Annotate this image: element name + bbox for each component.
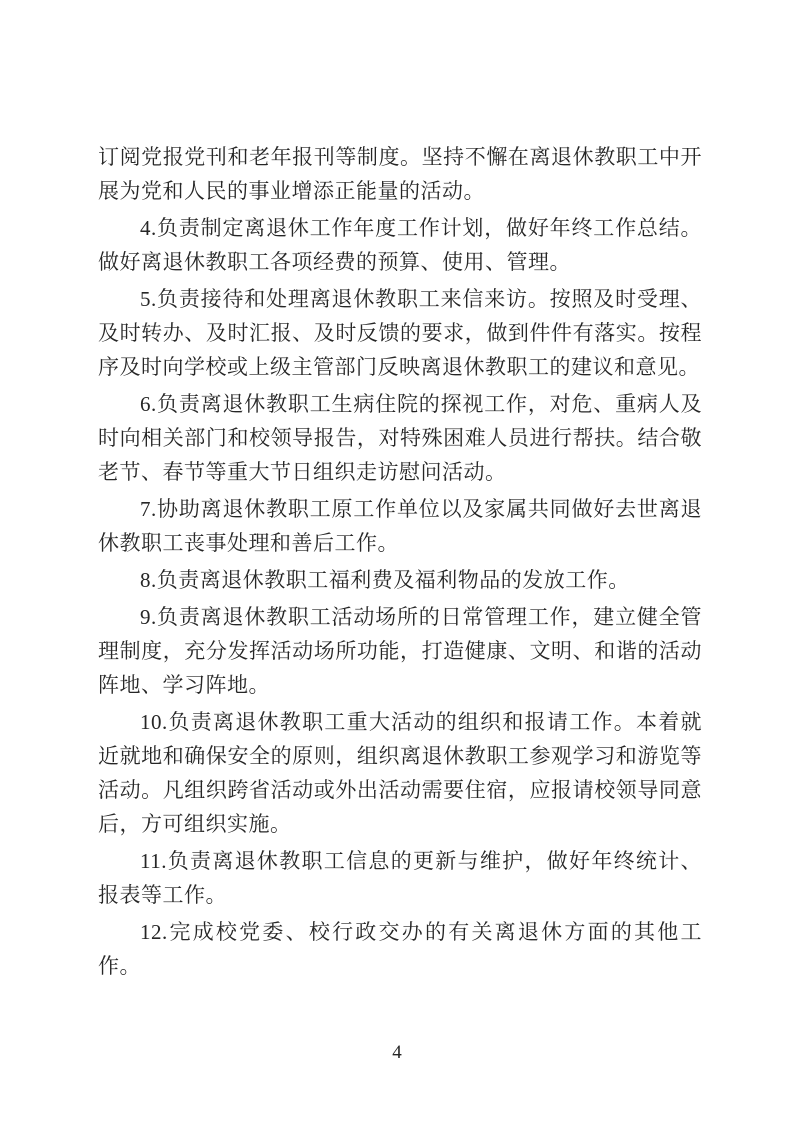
- document-page: 订阅党报党刊和老年报刊等制度。坚持不懈在离退休教职工中开展为党和人民的事业增添正…: [0, 0, 794, 1122]
- paragraph-item-4: 4.负责制定离退休工作年度工作计划，做好年终工作总结。做好离退休教职工各项经费的…: [98, 211, 702, 279]
- paragraph-item-7: 7.协助离退休教职工原工作单位以及家属共同做好去世离退休教职工丧事处理和善后工作…: [98, 492, 702, 560]
- paragraph-item-11: 11.负责离退休教职工信息的更新与维护，做好年终统计、报表等工作。: [98, 844, 702, 912]
- document-body: 订阅党报党刊和老年报刊等制度。坚持不懈在离退休教职工中开展为党和人民的事业增添正…: [98, 140, 702, 986]
- paragraph-item-5: 5.负责接待和处理离退休教职工来信来访。按照及时受理、及时转办、及时汇报、及时反…: [98, 282, 702, 384]
- paragraph-item-8: 8.负责离退休教职工福利费及福利物品的发放工作。: [98, 563, 702, 597]
- paragraph-item-6: 6.负责离退休教职工生病住院的探视工作，对危、重病人及时向相关部门和校领导报告，…: [98, 387, 702, 489]
- paragraph-item-9: 9.负责离退休教职工活动场所的日常管理工作，建立健全管理制度，充分发挥活动场所功…: [98, 600, 702, 702]
- paragraph-continuation: 订阅党报党刊和老年报刊等制度。坚持不懈在离退休教职工中开展为党和人民的事业增添正…: [98, 140, 702, 208]
- page-number: 4: [0, 1042, 794, 1064]
- paragraph-item-10: 10.负责离退休教职工重大活动的组织和报请工作。本着就近就地和确保安全的原则，组…: [98, 705, 702, 841]
- paragraph-item-12: 12.完成校党委、校行政交办的有关离退休方面的其他工作。: [98, 915, 702, 983]
